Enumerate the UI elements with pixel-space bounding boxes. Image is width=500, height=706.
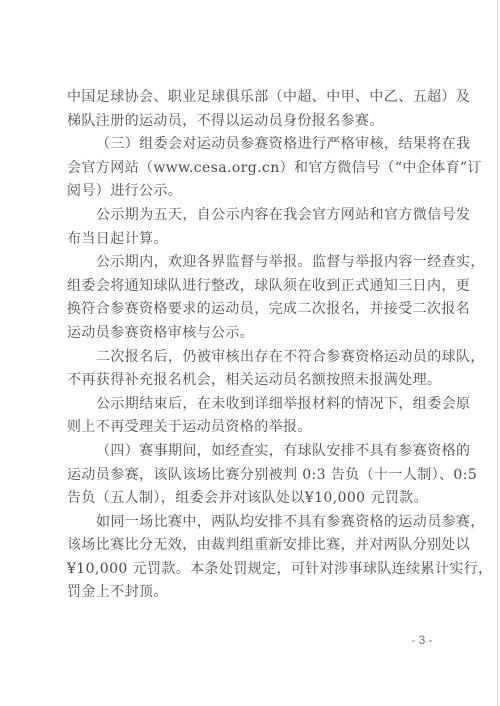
- text-line: 告负（五人制），组委会并对该队处以¥10,000 元罚款。: [67, 487, 437, 511]
- text-line: 会官方网站（www.cesa.org.cn）和官方微信号（“中企体育”订: [67, 157, 437, 181]
- text-line: 运动员参赛，该队该场比赛分别被判 0:3 告负（十一人制）、0:5: [67, 464, 437, 488]
- text-line: 则上不再受理关于运动员资格的举报。: [67, 416, 437, 440]
- paragraph-supervision-report: 公示期内，欢迎各界监督与举报。监督与举报内容一经查实， 组委会将通知球队进行整改…: [67, 251, 437, 345]
- paragraph-both-teams-penalty: 如同一场比赛中，两队均安排不具有参赛资格的运动员参赛， 该场比赛比分无效，由裁判…: [67, 511, 437, 605]
- document-body: 中国足球协会、职业足球俱乐部（中超、中甲、中乙、五超）及 梯队注册的运动员，不得…: [67, 86, 437, 605]
- paragraph-second-registration: 二次报名后，仍被审核出存在不符合参赛资格运动员的球队， 不再获得补充报名机会，相…: [67, 346, 437, 393]
- paragraph-section-three-review: （三）组委会对运动员参赛资格进行严格审核，结果将在我 会官方网站（www.ces…: [67, 133, 437, 204]
- text-line: 不再获得补充报名机会，相关运动员名额按照未报满处理。: [67, 369, 437, 393]
- text-line: 换符合参赛资格要求的运动员，完成二次报名，并接受二次报名: [67, 298, 437, 322]
- text-line: 二次报名后，仍被审核出存在不符合参赛资格运动员的球队，: [67, 346, 437, 370]
- text-line: 如同一场比赛中，两队均安排不具有参赛资格的运动员参赛，: [67, 511, 437, 535]
- text-line: 该场比赛比分无效，由裁判组重新安排比赛，并对两队分别处以: [67, 534, 437, 558]
- page-edge-line: [497, 0, 498, 706]
- text-line: 中国足球协会、职业足球俱乐部（中超、中甲、中乙、五超）及: [67, 86, 437, 110]
- page-number: - 3 -: [404, 633, 440, 647]
- paragraph-eligibility-exclusion: 中国足球协会、职业足球俱乐部（中超、中甲、中乙、五超）及 梯队注册的运动员，不得…: [67, 86, 437, 133]
- text-line: 公示期为五天，自公示内容在我会官方网站和官方微信号发: [67, 204, 437, 228]
- text-line: 阅号）进行公示。: [67, 180, 437, 204]
- text-line: 运动员参赛资格审核与公示。: [67, 322, 437, 346]
- text-line: 梯队注册的运动员，不得以运动员身份报名参赛。: [67, 110, 437, 134]
- text-line: 布当日起计算。: [67, 228, 437, 252]
- paragraph-publicity-period: 公示期为五天，自公示内容在我会官方网站和官方微信号发 布当日起计算。: [67, 204, 437, 251]
- text-line: 组委会将通知球队进行整改，球队须在收到正式通知三日内，更: [67, 275, 437, 299]
- paragraph-section-four-penalty: （四）赛事期间，如经查实，有球队安排不具有参赛资格的 运动员参赛，该队该场比赛分…: [67, 440, 437, 511]
- text-line: 罚金上不封顶。: [67, 581, 437, 605]
- text-line: 公示期结束后，在未收到详细举报材料的情况下，组委会原: [67, 393, 437, 417]
- text-line: （三）组委会对运动员参赛资格进行严格审核，结果将在我: [67, 133, 437, 157]
- paragraph-post-publicity: 公示期结束后，在未收到详细举报材料的情况下，组委会原 则上不再受理关于运动员资格…: [67, 393, 437, 440]
- text-line: （四）赛事期间，如经查实，有球队安排不具有参赛资格的: [67, 440, 437, 464]
- text-line: ¥10,000 元罚款。本条处罚规定，可针对涉事球队连续累计实行，: [67, 558, 437, 582]
- text-line: 公示期内，欢迎各界监督与举报。监督与举报内容一经查实，: [67, 251, 437, 275]
